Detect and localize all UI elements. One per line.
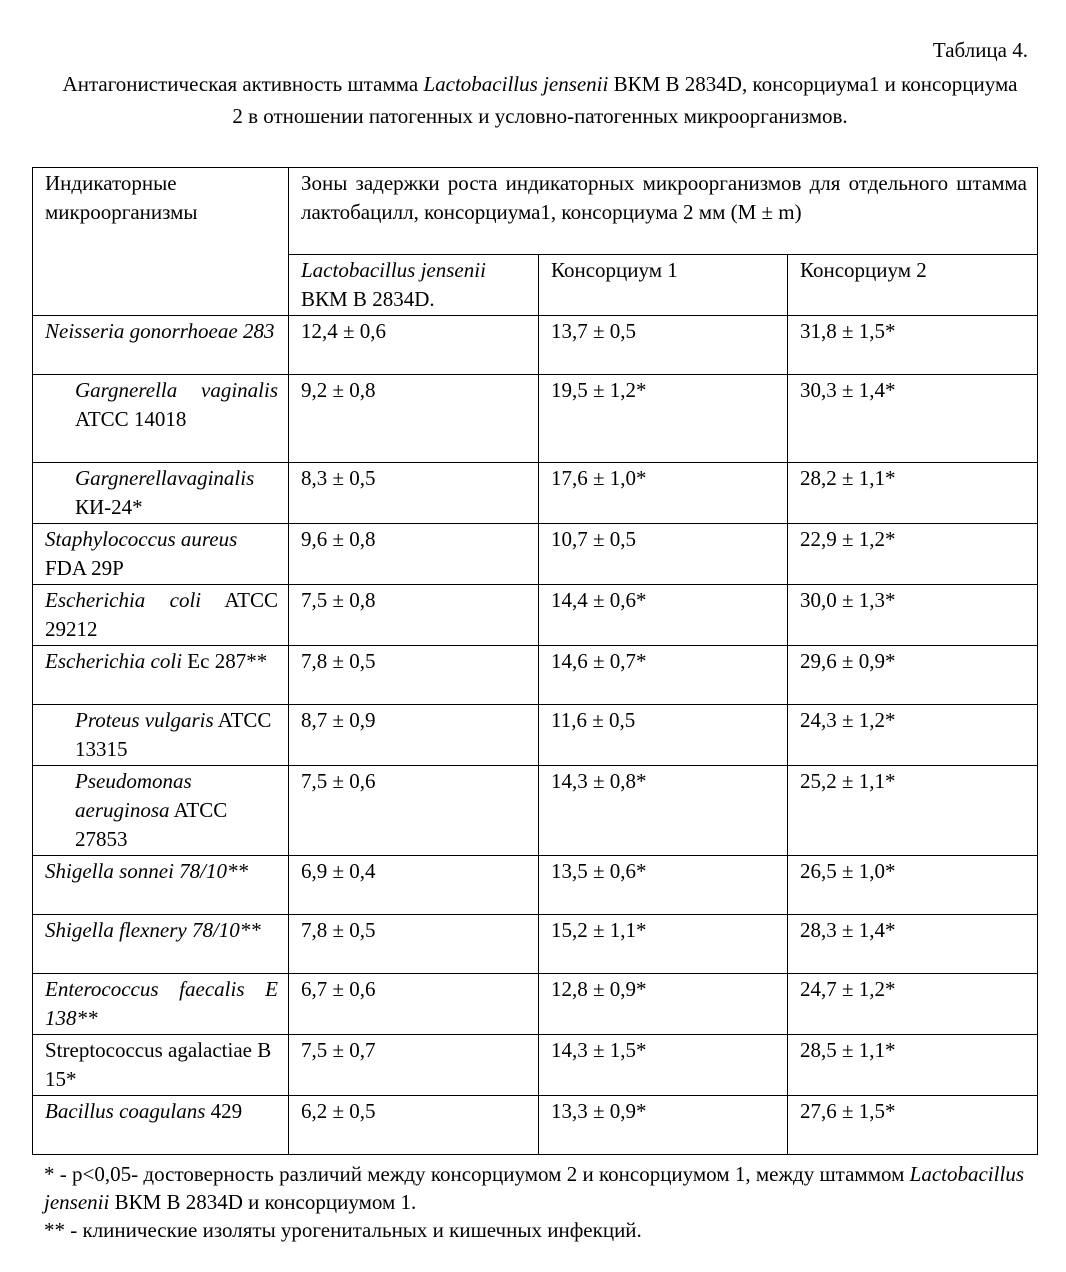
value-consortium1: 14,3 ± 1,5* bbox=[539, 1035, 788, 1096]
value-consortium1: 17,6 ± 1,0* bbox=[539, 463, 788, 524]
organism-name: Shigella flexnery 78/10** bbox=[33, 915, 289, 974]
organism-species: Escherichia coli bbox=[45, 588, 201, 612]
header-strain-species: Lactobacillus jensenii bbox=[301, 258, 486, 282]
table-row: Enterococcus faecalis E 138**6,7 ± 0,612… bbox=[33, 974, 1038, 1035]
value-consortium2: 22,9 ± 1,2* bbox=[788, 524, 1038, 585]
table-row: Streptococcus agalactiae B 15*7,5 ± 0,71… bbox=[33, 1035, 1038, 1096]
organism-species: Bacillus coagulans bbox=[45, 1099, 205, 1123]
value-consortium1: 13,5 ± 0,6* bbox=[539, 856, 788, 915]
value-strain: 9,2 ± 0,8 bbox=[289, 375, 539, 463]
organism-species: Neisseria gonorrhoeae 283 bbox=[45, 319, 274, 343]
organism-name: Proteus vulgaris ATCC 13315 bbox=[33, 705, 289, 766]
header-strain: Lactobacillus jenseniiВКМ В 2834D. bbox=[289, 255, 539, 316]
table-row: Proteus vulgaris ATCC 133158,7 ± 0,911,6… bbox=[33, 705, 1038, 766]
value-strain: 9,6 ± 0,8 bbox=[289, 524, 539, 585]
value-consortium2: 29,6 ± 0,9* bbox=[788, 646, 1038, 705]
header-zones: Зоны задержки роста индикаторных микроор… bbox=[289, 168, 1038, 255]
value-consortium1: 13,7 ± 0,5 bbox=[539, 316, 788, 375]
value-strain: 8,3 ± 0,5 bbox=[289, 463, 539, 524]
table-header-row: Индикаторные микроорганизмы Зоны задержк… bbox=[33, 168, 1038, 255]
value-consortium1: 12,8 ± 0,9* bbox=[539, 974, 788, 1035]
organism-name: Escherichia coli Ec 287** bbox=[33, 646, 289, 705]
table-number-label: Таблица 4. bbox=[933, 36, 1028, 64]
value-strain: 6,9 ± 0,4 bbox=[289, 856, 539, 915]
organism-species: Shigella sonnei 78/10** bbox=[45, 859, 248, 883]
organism-name: Shigella sonnei 78/10** bbox=[33, 856, 289, 915]
value-strain: 12,4 ± 0,6 bbox=[289, 316, 539, 375]
organism-name: Neisseria gonorrhoeae 283 bbox=[33, 316, 289, 375]
footnotes: * - p<0,05- достоверность различий между… bbox=[44, 1160, 1024, 1244]
value-consortium2: 31,8 ± 1,5* bbox=[788, 316, 1038, 375]
value-consortium2: 28,5 ± 1,1* bbox=[788, 1035, 1038, 1096]
value-consortium1: 15,2 ± 1,1* bbox=[539, 915, 788, 974]
header-consortium2: Консорциум 2 bbox=[788, 255, 1038, 316]
table-row: Neisseria gonorrhoeae 28312,4 ± 0,613,7 … bbox=[33, 316, 1038, 375]
value-strain: 6,7 ± 0,6 bbox=[289, 974, 539, 1035]
organism-name: Gargnerella vaginalis ATCC 14018 bbox=[33, 375, 289, 463]
value-strain: 8,7 ± 0,9 bbox=[289, 705, 539, 766]
value-consortium2: 28,2 ± 1,1* bbox=[788, 463, 1038, 524]
value-strain: 7,5 ± 0,6 bbox=[289, 766, 539, 856]
organism-strain-id: ATCC 14018 bbox=[75, 407, 186, 431]
organism-name: Gargnerellavaginalis КИ-24* bbox=[33, 463, 289, 524]
organism-species: Staphylococcus aureus bbox=[45, 527, 237, 551]
value-consortium1: 14,6 ± 0,7* bbox=[539, 646, 788, 705]
value-consortium2: 27,6 ± 1,5* bbox=[788, 1096, 1038, 1155]
organism-strain-id: КИ-24* bbox=[75, 495, 143, 519]
value-consortium2: 26,5 ± 1,0* bbox=[788, 856, 1038, 915]
organism-species: Gargnerella vaginalis bbox=[75, 378, 278, 402]
organism-name: Staphylococcus aureus FDA 29P bbox=[33, 524, 289, 585]
table-row: Gargnerellavaginalis КИ-24*8,3 ± 0,517,6… bbox=[33, 463, 1038, 524]
value-consortium2: 24,3 ± 1,2* bbox=[788, 705, 1038, 766]
value-consortium2: 30,3 ± 1,4* bbox=[788, 375, 1038, 463]
organism-name: Enterococcus faecalis E 138** bbox=[33, 974, 289, 1035]
value-consortium1: 10,7 ± 0,5 bbox=[539, 524, 788, 585]
value-strain: 7,8 ± 0,5 bbox=[289, 915, 539, 974]
header-consortium1: Консорциум 1 bbox=[539, 255, 788, 316]
footnote-significance-part2: ВКМ В 2834D и консорциумом 1. bbox=[109, 1190, 416, 1214]
value-strain: 6,2 ± 0,5 bbox=[289, 1096, 539, 1155]
organism-name: Bacillus coagulans 429 bbox=[33, 1096, 289, 1155]
table-row: Pseudomonas aeruginosa ATCC 278537,5 ± 0… bbox=[33, 766, 1038, 856]
organism-strain-id: Ec 287** bbox=[182, 649, 267, 673]
footnote-significance-part1: * - p<0,05- достоверность различий между… bbox=[44, 1162, 910, 1186]
organism-strain-id: 429 bbox=[205, 1099, 242, 1123]
footnote-clinical-isolates: ** - клинические изоляты урогенитальных … bbox=[44, 1216, 1024, 1244]
table-title-species: Lactobacillus jensenii bbox=[423, 72, 608, 96]
organism-strain-id: FDA 29P bbox=[45, 556, 124, 580]
value-consortium1: 19,5 ± 1,2* bbox=[539, 375, 788, 463]
header-strain-id: ВКМ В 2834D. bbox=[301, 287, 435, 311]
header-indicator: Индикаторные микроорганизмы bbox=[33, 168, 289, 316]
organism-name: Escherichia coli ATCC 29212 bbox=[33, 585, 289, 646]
organism-name: Pseudomonas aeruginosa ATCC 27853 bbox=[33, 766, 289, 856]
table-row: Bacillus coagulans 4296,2 ± 0,513,3 ± 0,… bbox=[33, 1096, 1038, 1155]
organism-species: Enterococcus faecalis E 138** bbox=[45, 977, 278, 1030]
organism-species: Gargnerellavaginalis bbox=[75, 466, 254, 490]
table-title: Антагонистическая активность штамма Lact… bbox=[60, 68, 1020, 132]
table-title-part1: Антагонистическая активность штамма bbox=[63, 72, 424, 96]
value-strain: 7,8 ± 0,5 bbox=[289, 646, 539, 705]
organism-strain-id: Streptococcus agalactiae B 15* bbox=[45, 1038, 271, 1091]
value-consortium2: 28,3 ± 1,4* bbox=[788, 915, 1038, 974]
value-consortium1: 11,6 ± 0,5 bbox=[539, 705, 788, 766]
value-consortium2: 25,2 ± 1,1* bbox=[788, 766, 1038, 856]
table-row: Shigella flexnery 78/10**7,8 ± 0,515,2 ±… bbox=[33, 915, 1038, 974]
antagonistic-activity-table: Индикаторные микроорганизмы Зоны задержк… bbox=[32, 167, 1038, 1155]
footnote-significance: * - p<0,05- достоверность различий между… bbox=[44, 1160, 1024, 1216]
table-row: Escherichia coli Ec 287**7,8 ± 0,514,6 ±… bbox=[33, 646, 1038, 705]
table-row: Gargnerella vaginalis ATCC 140189,2 ± 0,… bbox=[33, 375, 1038, 463]
value-consortium1: 14,4 ± 0,6* bbox=[539, 585, 788, 646]
value-strain: 7,5 ± 0,7 bbox=[289, 1035, 539, 1096]
value-consortium2: 24,7 ± 1,2* bbox=[788, 974, 1038, 1035]
table-row: Escherichia coli ATCC 292127,5 ± 0,814,4… bbox=[33, 585, 1038, 646]
table-row: Staphylococcus aureus FDA 29P9,6 ± 0,810… bbox=[33, 524, 1038, 585]
organism-species: Escherichia coli bbox=[45, 649, 182, 673]
value-strain: 7,5 ± 0,8 bbox=[289, 585, 539, 646]
value-consortium2: 30,0 ± 1,3* bbox=[788, 585, 1038, 646]
value-consortium1: 14,3 ± 0,8* bbox=[539, 766, 788, 856]
organism-species: Shigella flexnery 78/10** bbox=[45, 918, 261, 942]
organism-species: Proteus vulgaris bbox=[75, 708, 214, 732]
organism-name: Streptococcus agalactiae B 15* bbox=[33, 1035, 289, 1096]
table-row: Shigella sonnei 78/10**6,9 ± 0,413,5 ± 0… bbox=[33, 856, 1038, 915]
value-consortium1: 13,3 ± 0,9* bbox=[539, 1096, 788, 1155]
